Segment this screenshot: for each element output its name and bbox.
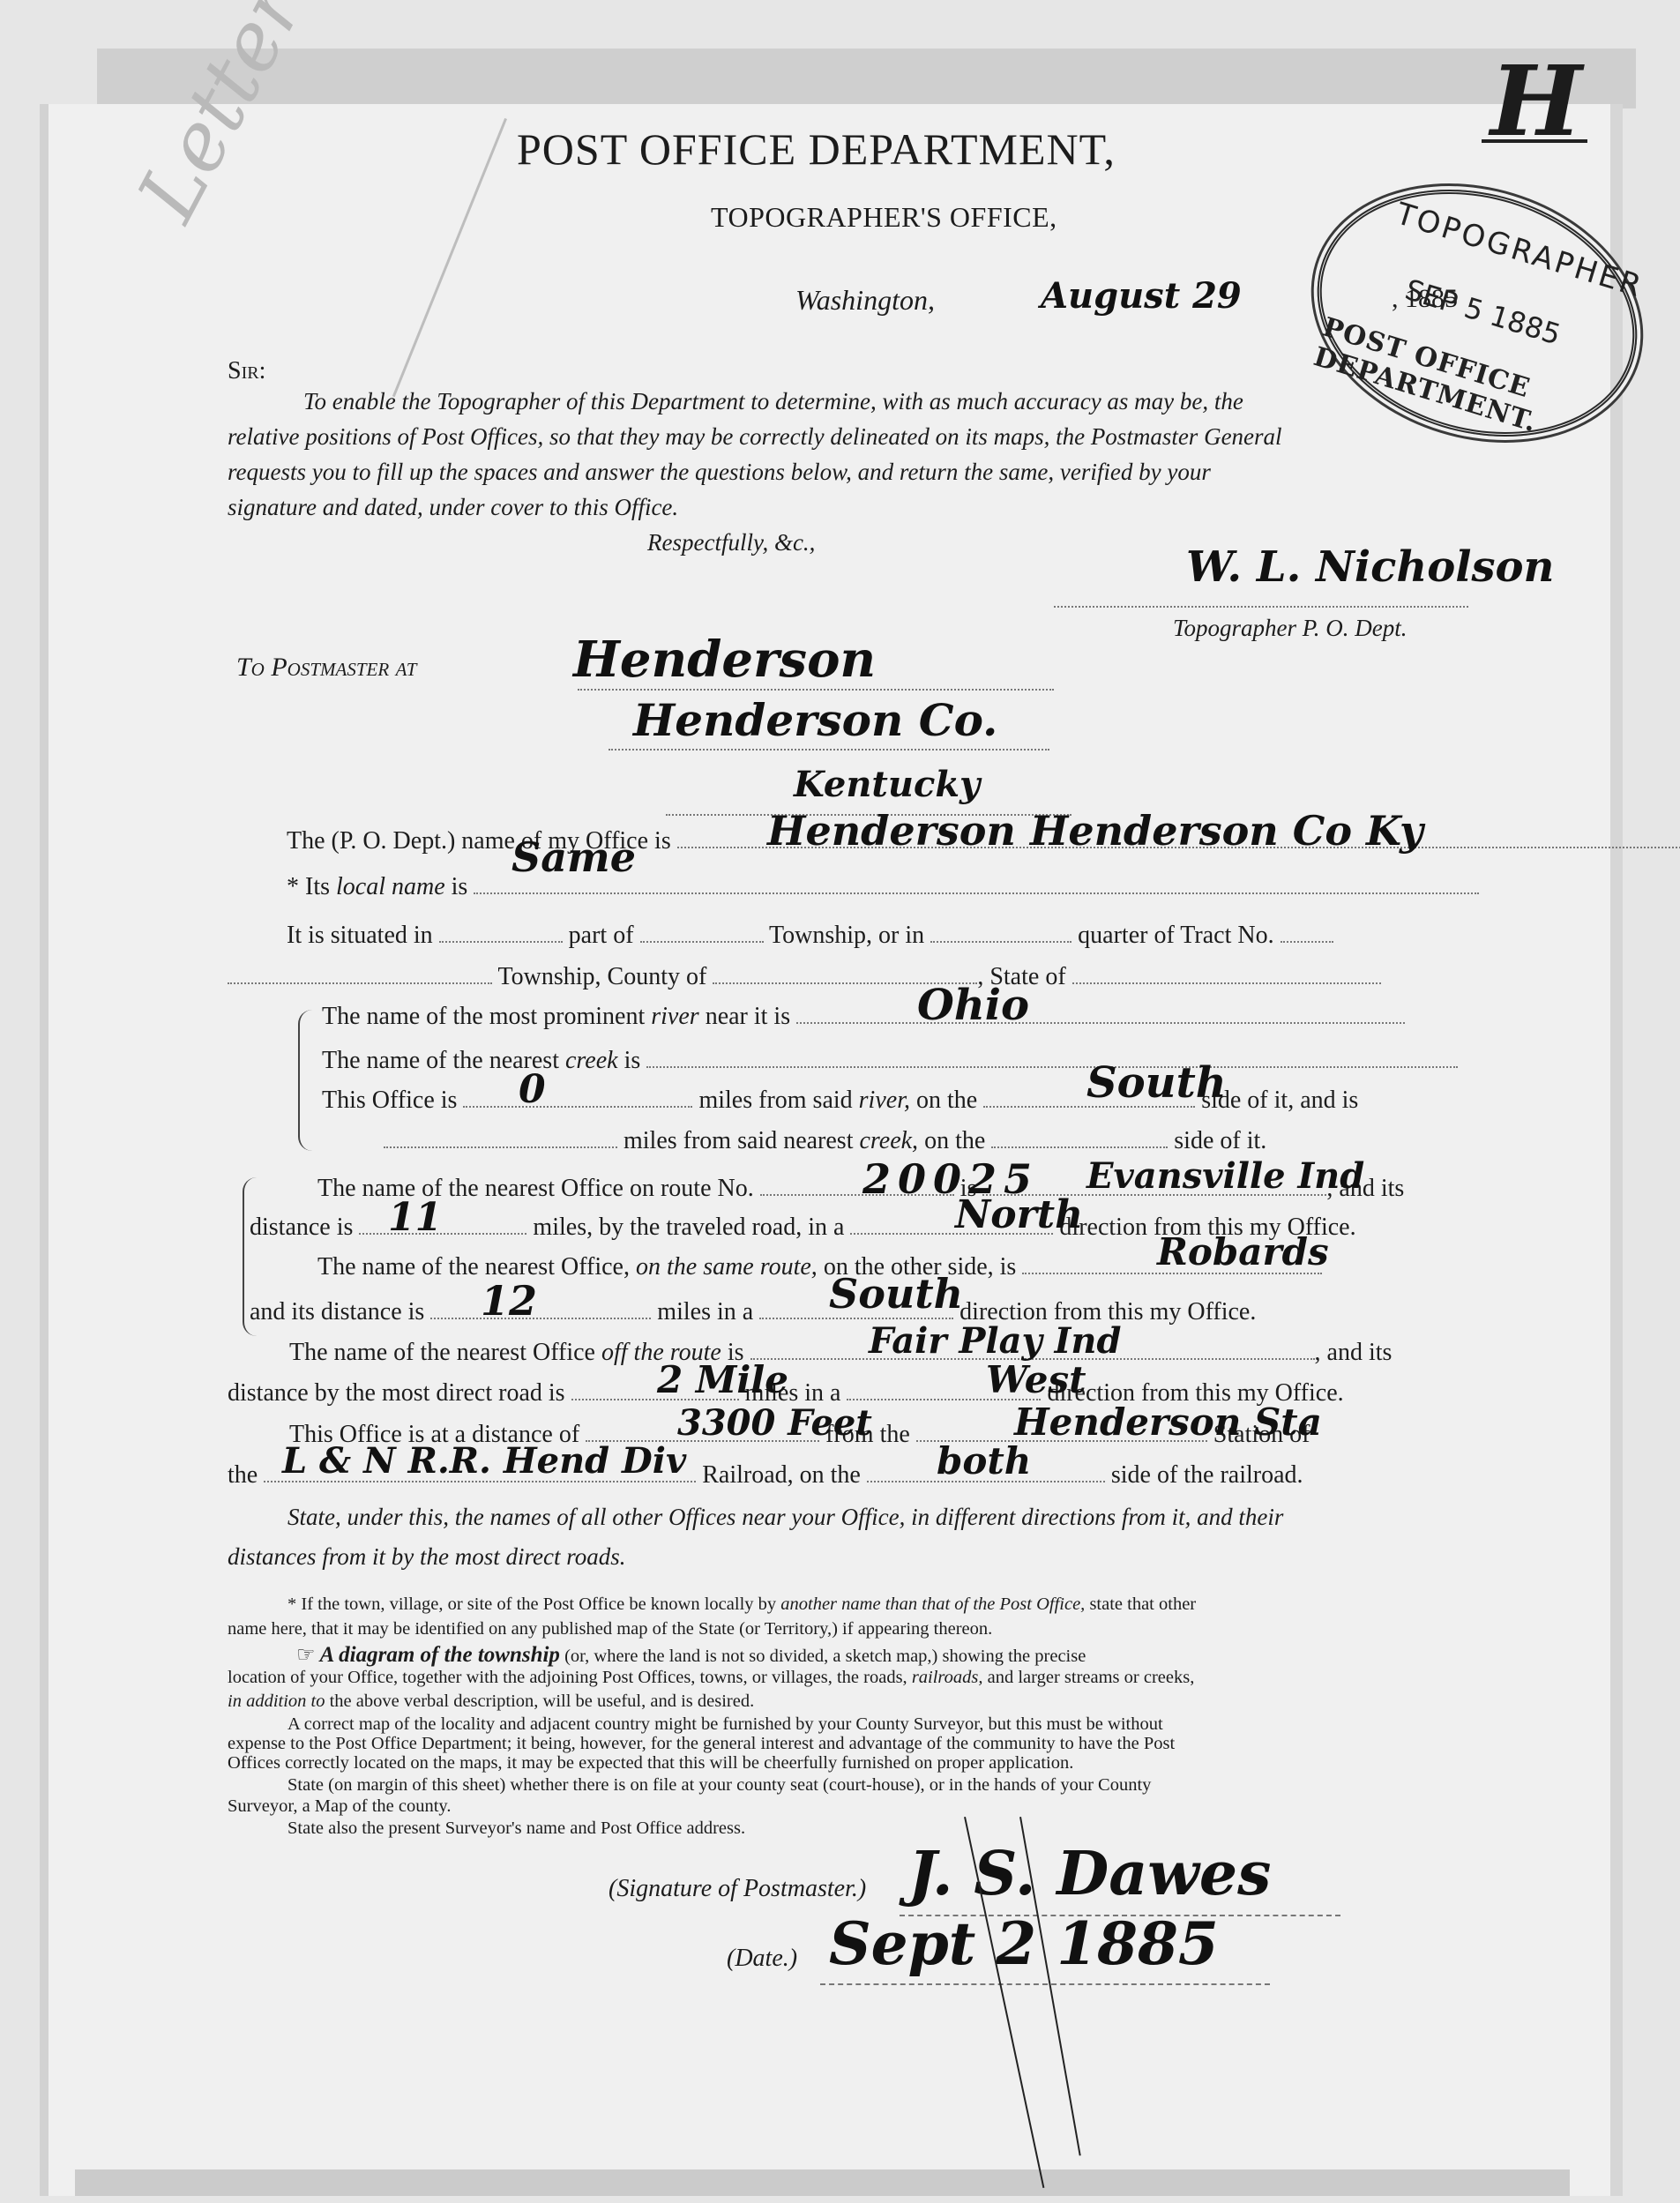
footnote-3-line-3: Offices correctly located on the maps, i…	[228, 1753, 1073, 1774]
situated-row: It is situated in part of Township, or i…	[287, 922, 1333, 950]
creek-distance-row: miles from said nearest creek, on the si…	[384, 1127, 1266, 1155]
scan-shadow-top	[97, 49, 1636, 108]
river-creek-brace	[298, 1010, 312, 1151]
signature-label: (Signature of Postmaster.)	[609, 1875, 866, 1903]
scan-shadow-bottom	[75, 2169, 1570, 2196]
pointing-hand-icon: ☞	[296, 1642, 316, 1667]
tract-no-field[interactable]	[1281, 940, 1333, 943]
situated-part-field[interactable]	[439, 940, 563, 943]
footnote-4-line-1: State (on margin of this sheet) whether …	[287, 1775, 1151, 1796]
creek-side-field[interactable]	[991, 1146, 1168, 1148]
topographer-signature: W. L. Nicholson	[1186, 542, 1554, 592]
route-office-value[interactable]: Evansville Ind	[1086, 1155, 1364, 1197]
footnote-1-line-2: name here, that it may be identified on …	[228, 1619, 992, 1639]
township-name-field[interactable]	[228, 982, 492, 984]
page-title: POST OFFICE DEPARTMENT,	[517, 123, 1116, 175]
local-name-row: * Its local name is	[287, 873, 1479, 901]
railroad-name-value[interactable]: L & N R.R. Hend Div	[282, 1440, 686, 1482]
addressee-state: Kentucky	[794, 764, 980, 805]
off-route-direction-value[interactable]: West	[986, 1358, 1086, 1401]
letter-date-handwritten: August 29	[1041, 275, 1242, 317]
same-route-distance-value[interactable]: 12	[481, 1277, 537, 1325]
footnote-4-line-2: Surveyor, a Map of the county.	[228, 1796, 451, 1817]
creek-row: The name of the nearest creek is	[322, 1047, 1458, 1075]
topographer-title: Topographer P. O. Dept.	[1173, 615, 1407, 642]
route-distance-value[interactable]: 11	[388, 1195, 442, 1240]
addressee-county: Henderson Co.	[633, 694, 997, 746]
footnote-2-line-2: location of your Office, together with t…	[228, 1668, 1194, 1688]
topographer-signature-line	[1054, 596, 1468, 612]
date-label: (Date.)	[727, 1945, 797, 1973]
footnote-2-line-3: in addition to the above verbal descript…	[228, 1691, 754, 1712]
letter-line-2: relative positions of Post Offices, so t…	[228, 423, 1282, 451]
file-mark-underline	[1482, 139, 1587, 143]
station-name-value[interactable]: Henderson Sta	[1014, 1400, 1322, 1444]
route-direction-value[interactable]: North	[955, 1192, 1083, 1237]
other-offices-instruction-1: State, under this, the names of all othe…	[287, 1504, 1283, 1531]
place-label: Washington,	[795, 284, 935, 317]
letter-line-3: requests you to fill up the spaces and a…	[228, 459, 1211, 486]
salutation: Sir:	[228, 357, 265, 385]
same-route-direction-value[interactable]: South	[829, 1270, 963, 1318]
state-field[interactable]	[1072, 982, 1381, 984]
river-row: The name of the most prominent river nea…	[322, 1003, 1405, 1031]
letter-line-4: signature and dated, under cover to this…	[228, 494, 678, 521]
off-route-distance-value[interactable]: 2 Mile	[657, 1358, 788, 1401]
off-route-office-value[interactable]: Fair Play Ind	[869, 1320, 1121, 1362]
township-county-row: Township, County of , State of	[228, 963, 1381, 991]
footnote-2-line-1: ☞ A diagram of the township (or, where t…	[296, 1642, 1086, 1668]
off-route-row: The name of the nearest Office off the r…	[289, 1339, 1392, 1367]
river-value[interactable]: Ohio	[917, 981, 1029, 1030]
quarter-field[interactable]	[930, 940, 1071, 943]
station-distance-value[interactable]: 3300 Feet	[677, 1402, 872, 1444]
office-subtitle: TOPOGRAPHER'S OFFICE,	[711, 201, 1057, 234]
addressee-label: To Postmaster at	[236, 653, 416, 683]
miles-from-river-value[interactable]: 0	[519, 1067, 546, 1112]
footnote-3-line-2: expense to the Post Office Department; i…	[228, 1734, 1175, 1754]
river-side-value[interactable]: South	[1086, 1058, 1227, 1108]
railroad-side-value[interactable]: both	[937, 1439, 1031, 1482]
same-route-office-value[interactable]: Robards	[1157, 1230, 1329, 1273]
stamp-date: SEP 5 1885	[1401, 273, 1564, 352]
other-offices-instruction-2: distances from it by the most direct roa…	[228, 1543, 625, 1571]
creek-field[interactable]	[646, 1065, 1458, 1068]
footnote-3-line-1: A correct map of the locality and adjace…	[287, 1714, 1163, 1735]
situated-township-field[interactable]	[640, 940, 764, 943]
postmaster-signature[interactable]: J. S. Dawes	[908, 1839, 1271, 1909]
miles-from-creek-field[interactable]	[384, 1146, 617, 1148]
letter-line-1: To enable the Topographer of this Depart…	[303, 388, 1243, 415]
closing: Respectfully, &c.,	[647, 529, 815, 556]
addressee-office: Henderson	[573, 631, 876, 689]
footnote-5: State also the present Surveyor's name a…	[287, 1818, 745, 1839]
local-name-value[interactable]: Same	[511, 833, 636, 881]
footnote-1-line-1: * If the town, village, or site of the P…	[287, 1594, 1196, 1615]
po-name-value[interactable]: Henderson Henderson Co Ky	[767, 807, 1423, 855]
postmaster-date[interactable]: Sept 2 1885	[829, 1909, 1219, 1978]
